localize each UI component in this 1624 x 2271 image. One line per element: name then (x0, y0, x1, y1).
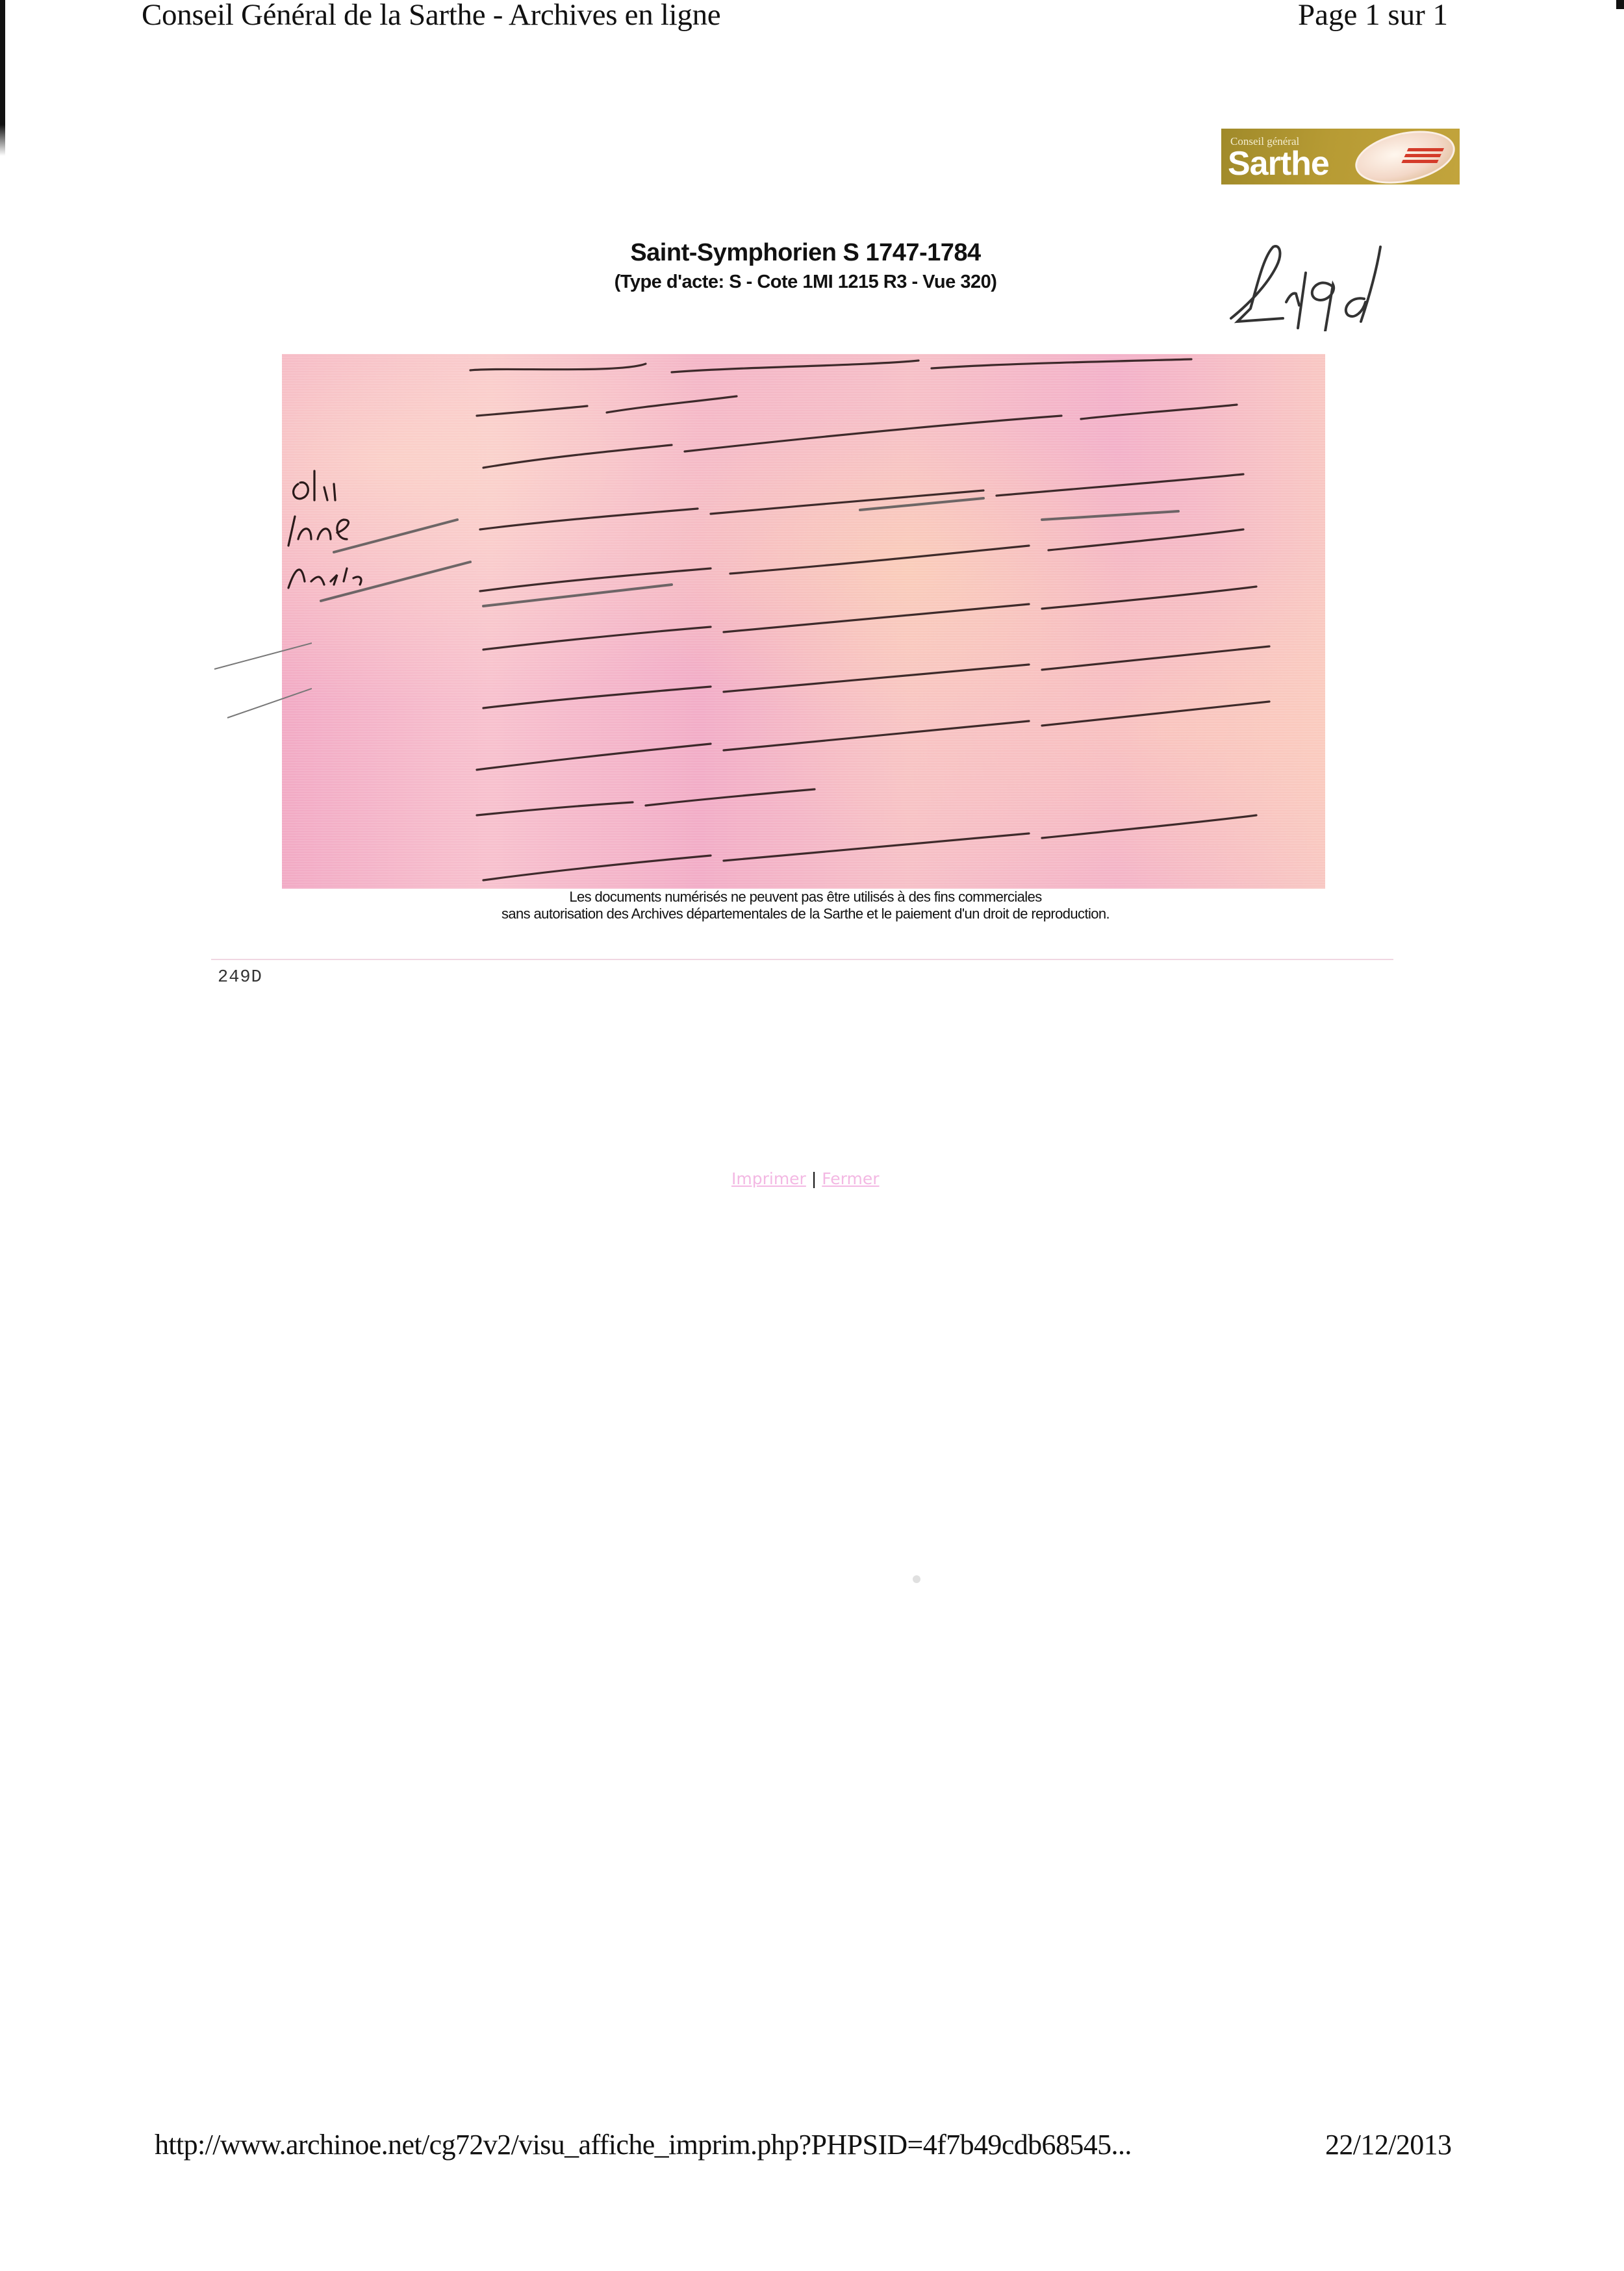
print-header-page-indicator: Page 1 sur 1 (1298, 0, 1448, 32)
disclaimer-line-2: sans autorisation des Archives départeme… (0, 906, 1611, 922)
print-footer-date: 22/12/2013 (1325, 2128, 1451, 2161)
logo-big-text: Sarthe (1228, 144, 1329, 183)
print-link[interactable]: Imprimer (731, 1169, 806, 1188)
scan-speck (913, 1575, 920, 1583)
margin-pencil-strokes (195, 611, 312, 741)
disclaimer-line-1: Les documents numérisés ne peuvent pas ê… (0, 889, 1611, 906)
reference-code: 249D (218, 968, 262, 987)
print-footer-url: http://www.archinoe.net/cg72v2/visu_affi… (155, 2128, 1132, 2161)
scan-edge-right (1616, 0, 1624, 9)
action-separator: | (811, 1169, 817, 1188)
close-link[interactable]: Fermer (822, 1169, 879, 1188)
handwritten-reference-249d: 249d (1221, 234, 1390, 331)
sarthe-logo: Conseil général Sarthe (1221, 129, 1460, 184)
page-actions: Imprimer|Fermer (731, 1169, 880, 1188)
content-divider (211, 959, 1393, 960)
manuscript-image (282, 354, 1325, 889)
manuscript-handwriting (282, 354, 1325, 889)
scan-edge-left (0, 0, 5, 156)
print-header-site-title: Conseil Général de la Sarthe - Archives … (142, 0, 720, 32)
